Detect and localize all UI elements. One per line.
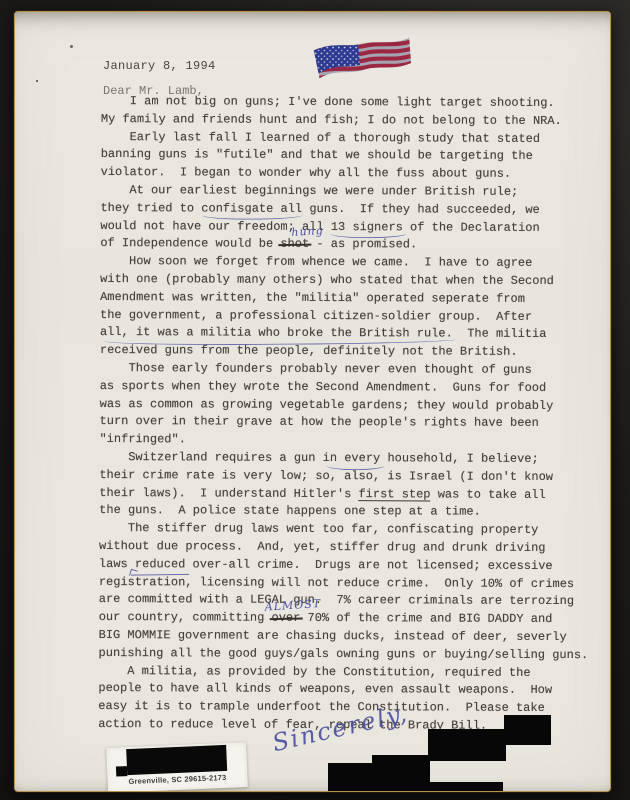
typed-line: Amendment was written, the "militia" ope…	[100, 289, 590, 309]
typed-line: are committed with a LEGAL gun. 7% caree…	[99, 591, 589, 611]
typed-line: The stiffer drug laws went too far, conf…	[99, 520, 589, 540]
typed-line: would not have our freedom; all 13 signe…	[100, 218, 590, 238]
scan-speck	[36, 80, 38, 82]
us-flag-icon	[308, 34, 414, 90]
typed-line: BIG MOMMIE government are chasing ducks,…	[99, 627, 589, 647]
scanned-letter-photo: { "document": { "date": "January 8, 1994…	[0, 0, 630, 800]
typed-line: all, it was a militia who broke the Brit…	[100, 324, 590, 344]
redaction-box	[328, 763, 394, 792]
typed-line: violator. I began to wonder why all the …	[101, 164, 591, 184]
redaction-box	[387, 782, 503, 792]
typed-line: was as common as growing vegetable garde…	[100, 396, 590, 416]
typed-line: their laws). I understand Hitler's first…	[99, 485, 589, 505]
typed-line: I am not big on guns; I've done some lig…	[101, 93, 591, 113]
typed-line: laws reduced over-all crime. Drugs are n…	[99, 556, 589, 576]
letter-body: I am not big on guns; I've done some lig…	[98, 93, 590, 736]
redaction-box	[504, 715, 551, 745]
typed-line: My family and friends hunt and fish; I d…	[101, 111, 591, 131]
typed-line: the guns. A police state happens one ste…	[99, 502, 589, 522]
typed-line: punishing all the good guys/gals owning …	[99, 645, 589, 665]
typed-line: the government, a professional citizen-s…	[100, 307, 590, 327]
typed-line: they tried to confisgate all guns. If th…	[100, 200, 590, 220]
typed-line: without due process. And, yet, stiffer d…	[99, 538, 589, 558]
scan-speck	[70, 45, 73, 48]
typed-line: our country, committing over 70% of the …	[99, 609, 589, 629]
typed-line: At our earliest beginnings we were under…	[101, 182, 591, 202]
typed-line: "infringed".	[99, 431, 589, 451]
typed-line: received guns from the people, definitel…	[100, 342, 590, 362]
typed-line: banning guns is "futile" and that we sho…	[101, 146, 591, 166]
letter-date: January 8, 1994	[103, 57, 216, 75]
redaction-box	[126, 745, 227, 775]
typed-line: Early last fall I learned of a thorough …	[101, 129, 591, 149]
typed-line: registration, licensing will not reduce …	[99, 574, 589, 594]
typed-line: of Independence would be shot - as promi…	[100, 235, 590, 255]
address-label: Greenville, SC 29615-2173	[106, 742, 248, 792]
redaction-box	[428, 729, 506, 761]
typed-line: Those early founders probably never even…	[100, 360, 590, 380]
typed-line: their crime rate is very low; so, also, …	[99, 467, 589, 487]
typed-line: A militia, as provided by the Constituti…	[98, 662, 588, 682]
letter-page: January 8, 1994 Dear Mr. Lamb, I am not …	[14, 11, 611, 792]
typed-line: with one (probably many others) who stat…	[100, 271, 590, 291]
typed-line: Switzerland requires a gun in every hous…	[99, 449, 589, 469]
typed-line: people to have all kinds of weapons, eve…	[98, 680, 588, 700]
typed-line: How soon we forget from whence we came. …	[100, 253, 590, 273]
typed-line: turn over in their grave at how the peop…	[100, 413, 590, 433]
typed-line: as sports when they wrote the Second Ame…	[100, 378, 590, 398]
